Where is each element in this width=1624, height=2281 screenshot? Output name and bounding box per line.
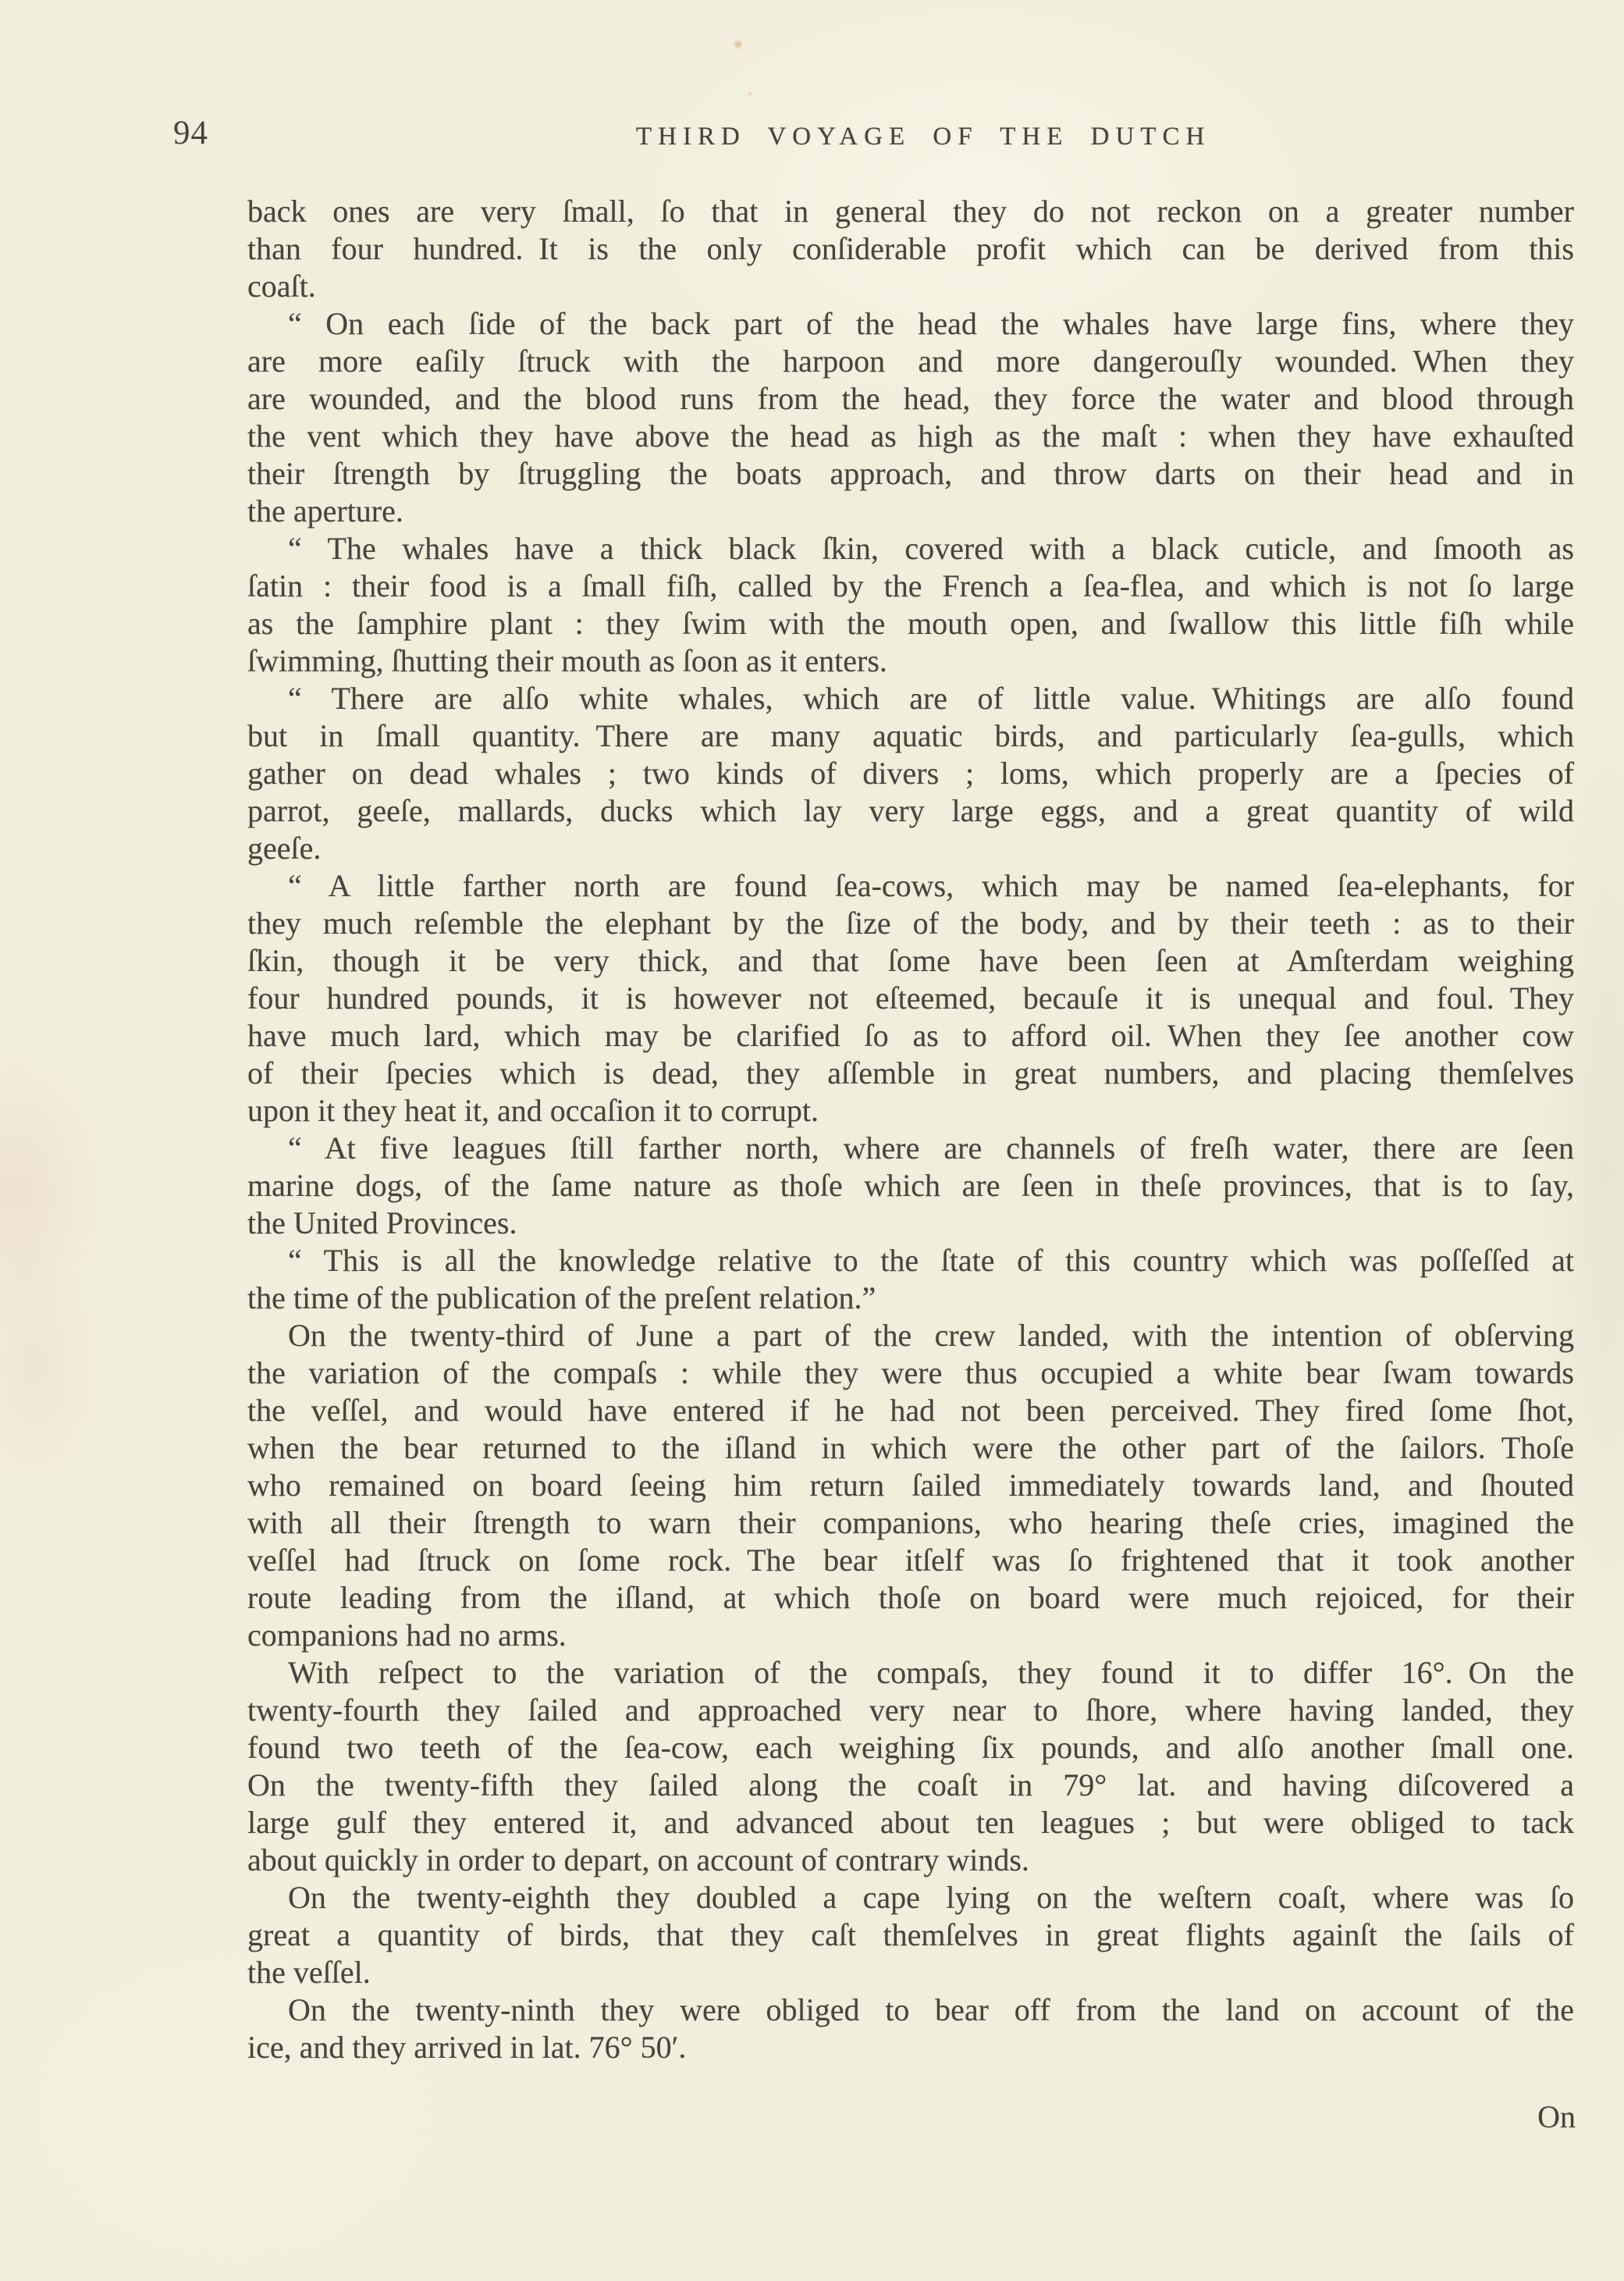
text-line: With reſpect to the variation of the com… (247, 1654, 1574, 1692)
text-line: “ On each ſide of the back part of the h… (247, 305, 1574, 343)
text-line: “ At five leagues ſtill farther north, w… (247, 1130, 1574, 1167)
text-line: the veſſel, and would have entered if he… (247, 1392, 1574, 1429)
text-line: with all their ſtrength to warn their co… (247, 1504, 1574, 1542)
text-line: found two teeth of the ſea-cow, each wei… (247, 1729, 1574, 1767)
text-line: of their ſpecies which is dead, they aſſ… (247, 1055, 1574, 1092)
text-line: upon it they heat it, and occaſion it to… (247, 1092, 1574, 1130)
text-line: twenty-fourth they ſailed and approached… (247, 1692, 1574, 1729)
text-line: “ This is all the knowledge relative to … (247, 1242, 1574, 1279)
text-line: the vent which they have above the head … (247, 418, 1574, 455)
text-line: “ A little farther north are found ſea-c… (247, 867, 1574, 905)
text-line: who remained on board ſeeing him return … (247, 1467, 1574, 1504)
paragraph: “ On each ſide of the back part of the h… (247, 305, 1574, 530)
paragraph: “ The whales have a thick black ſkin, co… (247, 530, 1574, 680)
text-line: “ There are alſo white whales, which are… (247, 680, 1574, 717)
text-line: “ The whales have a thick black ſkin, co… (247, 530, 1574, 568)
running-title: THIRD VOYAGE OF THE DUTCH (636, 123, 1190, 151)
text-line: parrot, geeſe, mallards, ducks which lay… (247, 792, 1574, 830)
text-line: have much lard, which may be clarified ſ… (247, 1017, 1574, 1055)
paragraph: “ At five leagues ſtill farther north, w… (247, 1130, 1574, 1242)
text-line: four hundred pounds, it is however not e… (247, 980, 1574, 1017)
text-line: gather on dead whales ; two kinds of div… (247, 755, 1574, 792)
page-number: 94 (173, 114, 208, 152)
paragraph: On the twenty-eighth they doubled a cape… (247, 1879, 1574, 1991)
text-line: but in ſmall quantity. There are many aq… (247, 717, 1574, 755)
text-line: are wounded, and the blood runs from the… (247, 380, 1574, 418)
text-line: ſwimming, ſhutting their mouth as ſoon a… (247, 642, 1574, 680)
text-line: than four hundred. It is the only conſid… (247, 230, 1574, 268)
paragraph: On the twenty-ninth they were obliged to… (247, 1991, 1574, 2066)
text-line: route leading from the iſland, at which … (247, 1579, 1574, 1617)
text-line: the United Provinces. (247, 1205, 1574, 1242)
text-line: ice, and they arrived in lat. 76° 50′. (247, 2029, 1574, 2066)
text-line: ſkin, though it be very thick, and that … (247, 942, 1574, 980)
text-line: large gulf they entered it, and advanced… (247, 1804, 1574, 1842)
paragraph: On the twenty-third of June a part of th… (247, 1317, 1574, 1654)
text-line: On the twenty-fifth they ſailed along th… (247, 1767, 1574, 1804)
text-line: the variation of the compaſs : while the… (247, 1354, 1574, 1392)
text-line: the veſſel. (247, 1954, 1574, 1991)
text-line: when the bear returned to the iſland in … (247, 1429, 1574, 1467)
text-line: coaſt. (247, 268, 1574, 305)
text-line: about quickly in order to depart, on acc… (247, 1842, 1574, 1879)
paragraph: With reſpect to the variation of the com… (247, 1654, 1574, 1879)
text-line: companions had no arms. (247, 1617, 1574, 1654)
text-line: they much reſemble the elephant by the ſ… (247, 905, 1574, 942)
paragraph: “ There are alſo white whales, which are… (247, 680, 1574, 867)
text-line: great a quantity of birds, that they caſ… (247, 1916, 1574, 1954)
text-line: as the ſamphire plant : they ſwim with t… (247, 605, 1574, 642)
text-line: the time of the publication of the preſe… (247, 1279, 1574, 1317)
text-line: their ſtrength by ſtruggling the boats a… (247, 455, 1574, 493)
paragraph: back ones are very ſmall, ſo that in gen… (247, 193, 1574, 305)
text-line: veſſel had ſtruck on ſome rock. The bear… (247, 1542, 1574, 1579)
text-line: back ones are very ſmall, ſo that in gen… (247, 193, 1574, 230)
text-line: geeſe. (247, 830, 1574, 867)
paragraph: “ This is all the knowledge relative to … (247, 1242, 1574, 1317)
paragraph: “ A little farther north are found ſea-c… (247, 867, 1574, 1130)
book-page: 94 THIRD VOYAGE OF THE DUTCH back ones a… (0, 0, 1624, 2281)
text-line: On the twenty-eighth they doubled a cape… (247, 1879, 1574, 1916)
text-line: On the twenty-third of June a part of th… (247, 1317, 1574, 1354)
catchword: On (1537, 2098, 1576, 2135)
text-line: marine dogs, of the ſame nature as thoſe… (247, 1167, 1574, 1205)
text-line: are more eaſily ſtruck with the harpoon … (247, 343, 1574, 380)
text-line: ſatin : their food is a ſmall fiſh, call… (247, 568, 1574, 605)
text-block: back ones are very ſmall, ſo that in gen… (247, 193, 1574, 2066)
text-line: On the twenty-ninth they were obliged to… (247, 1991, 1574, 2029)
text-line: the aperture. (247, 493, 1574, 530)
